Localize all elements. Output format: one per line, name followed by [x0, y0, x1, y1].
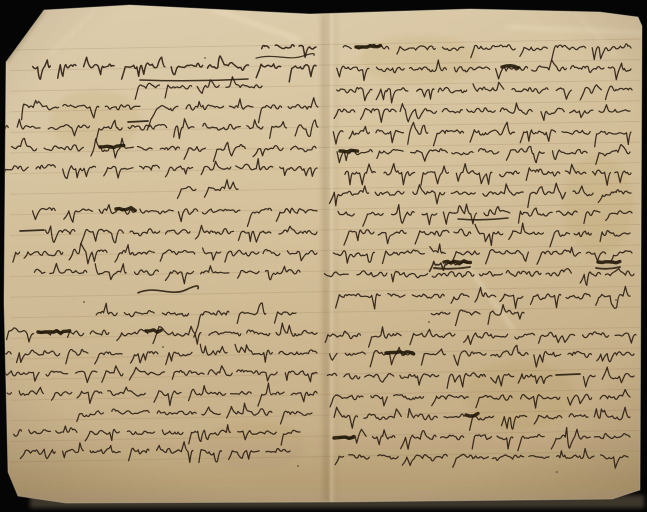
- scan-stage: [0, 0, 647, 512]
- scanned-letter: [0, 0, 647, 512]
- paper-content: [0, 0, 647, 512]
- scan-vignette: [0, 0, 647, 512]
